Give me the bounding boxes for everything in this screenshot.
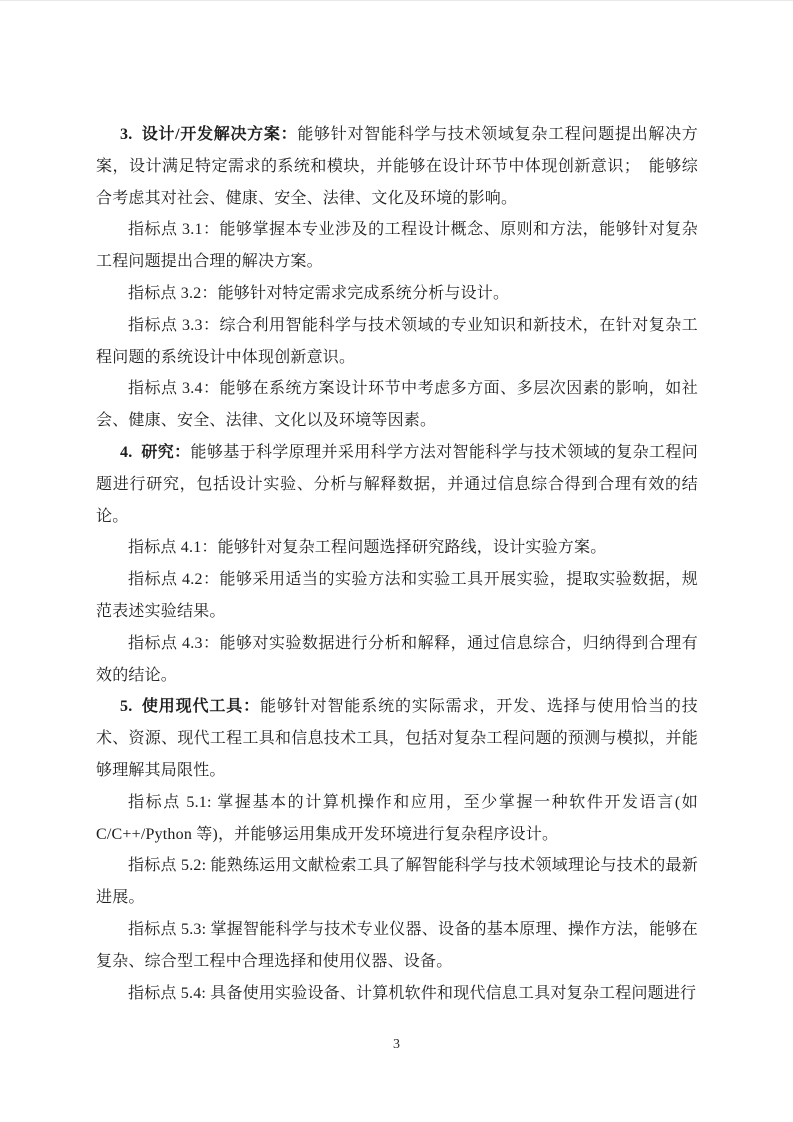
indicator-label: 指标点 3.2： [128, 285, 218, 302]
indicator-body-text: 能够针对复杂工程问题选择研究路线，设计实验方案。 [218, 539, 607, 556]
item-heading: 设计/开发解决方案： [141, 126, 297, 143]
indicator-4-3: 指标点 4.3：能够对实验数据进行分析和解释，通过信息综合，归纳得到合理有效的结… [96, 628, 698, 692]
indicator-label: 指标点 4.1： [128, 539, 218, 556]
indicator-4-2: 指标点 4.2：能够采用适当的实验方法和实验工具开展实验，提取实验数据，规范表述… [96, 564, 698, 628]
indicator-label: 指标点 5.3: [128, 921, 211, 938]
indicator-5-2: 指标点 5.2: 能熟练运用文献检索工具了解智能科学与技术领域理论与技术的最新进… [96, 850, 698, 914]
indicator-5-4: 指标点 5.4: 具备使用实验设备、计算机软件和现代信息工具对复杂工程问题进行 [96, 978, 698, 1010]
objective-item-3: 3.设计/开发解决方案：能够针对智能科学与技术领域复杂工程问题提出解决方案，设计… [96, 119, 698, 214]
page-number: 3 [0, 1037, 793, 1053]
item-heading: 使用现代工具： [141, 698, 260, 715]
objective-item-4: 4.研究：能够基于科学原理并采用科学方法对智能科学与技术领域的复杂工程问题进行研… [96, 437, 698, 532]
indicator-label: 指标点 5.2: [128, 857, 211, 874]
indicator-label: 指标点 4.3： [128, 635, 219, 652]
document-page: 3.设计/开发解决方案：能够针对智能科学与技术领域复杂工程问题提出解决方案，设计… [0, 0, 793, 1122]
indicator-4-1: 指标点 4.1：能够针对复杂工程问题选择研究路线，设计实验方案。 [96, 532, 698, 564]
indicator-body-text: 能够针对特定需求完成系统分析与设计。 [218, 285, 510, 302]
indicator-3-4: 指标点 3.4：能够在系统方案设计环节中考虑多方面、多层次因素的影响，如社会、健… [96, 373, 698, 437]
indicator-label: 指标点 3.3： [128, 317, 219, 334]
item-heading: 研究： [141, 444, 190, 461]
item-number: 4. [120, 444, 132, 461]
indicator-body-text: 具备使用实验设备、计算机软件和现代信息工具对复杂工程问题进行 [210, 985, 696, 1002]
indicator-label: 指标点 3.4： [128, 380, 219, 397]
document-body: 3.设计/开发解决方案：能够针对智能科学与技术领域复杂工程问题提出解决方案，设计… [96, 119, 698, 1009]
indicator-label: 指标点 5.1: [128, 794, 217, 811]
objective-item-5: 5.使用现代工具：能够针对智能系统的实际需求，开发、选择与使用恰当的技术、资源、… [96, 691, 698, 786]
indicator-3-1: 指标点 3.1：能够掌握本专业涉及的工程设计概念、原则和方法，能够针对复杂工程问… [96, 214, 698, 278]
indicator-label: 指标点 5.4: [128, 985, 210, 1002]
item-number: 5. [120, 698, 132, 715]
item-number: 3. [120, 126, 132, 143]
indicator-label: 指标点 3.1： [128, 221, 219, 238]
indicator-3-2: 指标点 3.2：能够针对特定需求完成系统分析与设计。 [96, 278, 698, 310]
indicator-5-1: 指标点 5.1: 掌握基本的计算机操作和应用，至少掌握一种软件开发语言(如C/C… [96, 787, 698, 851]
indicator-label: 指标点 4.2： [128, 571, 219, 588]
indicator-5-3: 指标点 5.3: 掌握智能科学与技术专业仪器、设备的基本原理、操作方法，能够在复… [96, 914, 698, 978]
indicator-3-3: 指标点 3.3：综合利用智能科学与技术领域的专业知识和新技术，在针对复杂工程问题… [96, 310, 698, 374]
